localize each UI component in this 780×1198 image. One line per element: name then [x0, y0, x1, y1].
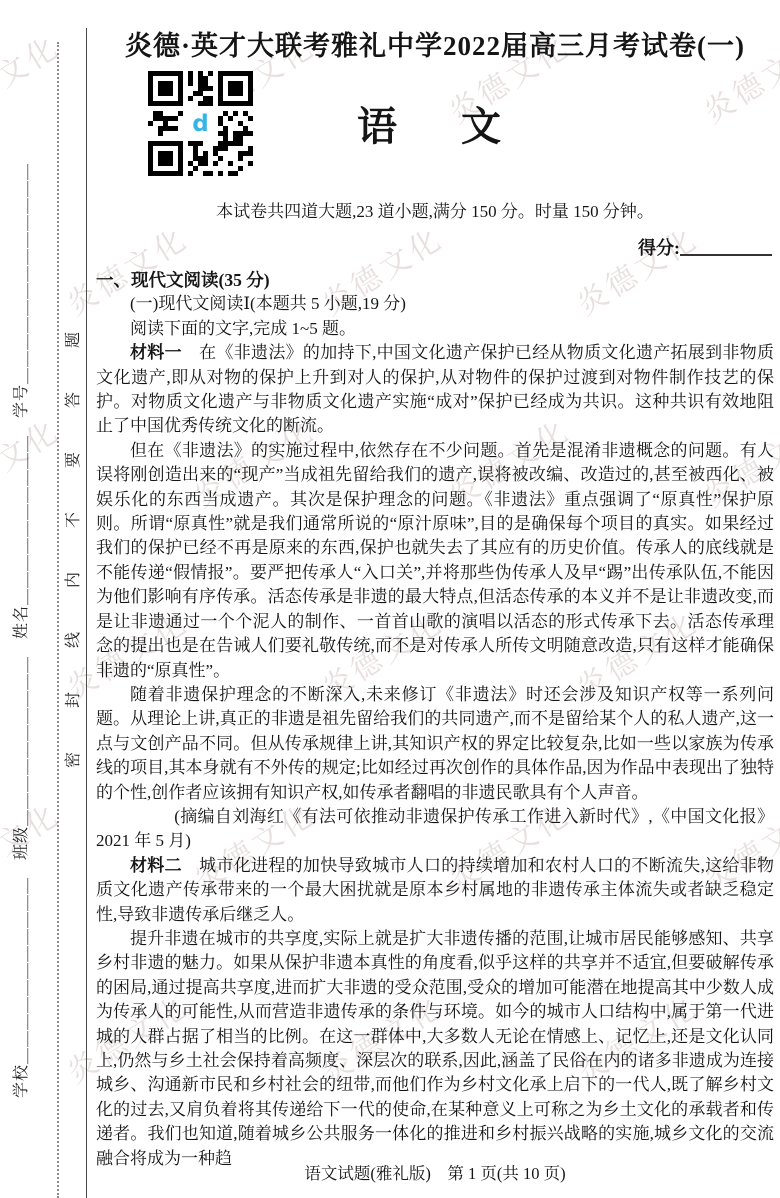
exam-body: 一、现代文阅读(35 分) (一)现代文阅读Ⅰ(本题共 5 小题,19 分) 阅… [96, 268, 774, 1171]
score-blank-line [680, 238, 772, 256]
reading-instruction: 阅读下面的文字,完成 1~5 题。 [96, 317, 774, 341]
exam-title: 炎德·英才大联考雅礼中学2022届高三月考试卷(一) [96, 24, 774, 63]
paragraph: 但在《非遗法》的实施过程中,依然存在不少问题。首先是混淆非遗概念的问题。有人误将… [96, 439, 774, 683]
page-content: 炎德·英才大联考雅礼中学2022届高三月考试卷(一) d 语 文 本试卷共四道大… [96, 24, 774, 1171]
paragraph: 提升非遗在城市的共享度,实际上就是扩大非遗传播的范围,让城市居民能够感知、共享乡… [96, 927, 774, 1171]
material-1-label: 材料一 [130, 343, 182, 362]
score-label: 得分: [638, 238, 680, 258]
paragraph: 随着非遗保护理念的不断深入,未来修订《非遗法》时还会涉及知识产权等一系列问题。从… [96, 683, 774, 805]
qr-logo-icon: d [185, 108, 216, 139]
paragraph-material-1: 材料一 在《非遗法》的加持下,中国文化遗产保护已经从物质文化遗产拓展到非物质文化… [96, 341, 774, 439]
paragraph-material-2: 材料二 城市化进程的加快导致城市人口的持续增加和农村人口的不断流失,这给非物质文… [96, 854, 774, 927]
header-middle: d 语 文 [96, 69, 774, 183]
student-info-fields: 学校＿＿＿＿＿＿＿＿＿＿＿ 班级＿＿＿＿＿＿＿＿＿＿ 姓名＿＿＿＿＿＿＿＿＿＿ … [8, 0, 31, 1198]
exam-page: 炎德文化炎德文化炎德文化炎德文化炎德文化炎德文化炎德文化炎德文化炎德文化炎德文化… [0, 0, 780, 1198]
content-border-line [86, 28, 87, 1198]
page-footer: 语文试题(雅礼版) 第 1 页(共 10 页) [96, 1160, 774, 1184]
qr-code-icon: d [148, 71, 253, 176]
section-heading: 一、现代文阅读(35 分) [96, 268, 774, 292]
seal-dotted-line [57, 42, 59, 1198]
score-row: 得分: [96, 234, 774, 260]
exam-info-line: 本试卷共四道大题,23 道小题,满分 150 分。时量 150 分钟。 [96, 197, 774, 222]
subsection-heading: (一)现代文阅读Ⅰ(本题共 5 小题,19 分) [96, 292, 774, 316]
source-attribution: (摘编自刘海红《有法可依推动非遗保护传承工作进入新时代》,《中国文化报》2021… [96, 805, 774, 854]
material-2-label: 材料二 [130, 856, 182, 875]
seal-line-text: 密封线内不要答题 [60, 0, 83, 1198]
